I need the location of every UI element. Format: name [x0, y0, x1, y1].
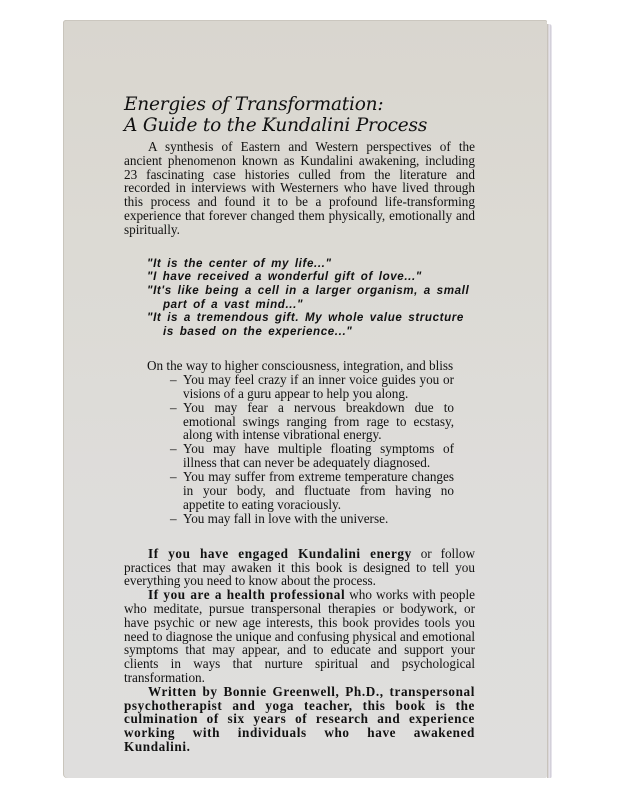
- symptom-item: –You may feel crazy if an inner voice gu…: [171, 373, 454, 401]
- cover-text: Energies of Transformation: A Guide to t…: [124, 94, 475, 754]
- symptom-item: –You may have multiple floating symptoms…: [171, 442, 454, 470]
- symptom-item: –You may fall in love with the universe.: [171, 512, 454, 526]
- dash-bullet: –: [170, 401, 177, 415]
- title-line-2: A Guide to the Kundalini Process: [124, 115, 427, 136]
- book-page-edge: [547, 24, 552, 778]
- book-title: Energies of Transformation: A Guide to t…: [124, 94, 475, 136]
- symptom-item: –You may suffer from extreme temperature…: [171, 470, 454, 512]
- intro-paragraph: A synthesis of Eastern and Western persp…: [124, 140, 475, 237]
- health-lead: If you are a health professional: [148, 587, 345, 602]
- bliss-heading: On the way to higher consciousness, inte…: [147, 359, 475, 373]
- engaged-paragraph: If you have engaged Kundalini energy or …: [124, 547, 475, 588]
- quote-item: "I have received a wonderful gift of lov…: [147, 270, 475, 284]
- symptom-item: –You may fear a nervous breakdown due to…: [171, 401, 454, 443]
- quote-item: "It is the center of my life...": [147, 257, 475, 271]
- dash-bullet: –: [170, 442, 177, 456]
- author-paragraph: Written by Bonnie Greenwell, Ph.D., tran…: [124, 685, 475, 754]
- engaged-lead: If you have engaged Kundalini energy: [148, 546, 412, 561]
- dash-bullet: –: [170, 373, 177, 387]
- dash-bullet: –: [170, 512, 177, 526]
- dash-bullet: –: [170, 470, 177, 484]
- title-line-1: Energies of Transformation:: [124, 94, 383, 115]
- symptom-list: –You may feel crazy if an inner voice gu…: [171, 373, 454, 526]
- health-professional-paragraph: If you are a health professional who wor…: [124, 588, 475, 685]
- testimonial-quotes: "It is the center of my life..." "I have…: [147, 257, 475, 339]
- quote-item: "It is a tremendous gift. My whole value…: [147, 311, 475, 338]
- quote-item: "It's like being a cell in a larger orga…: [147, 284, 475, 311]
